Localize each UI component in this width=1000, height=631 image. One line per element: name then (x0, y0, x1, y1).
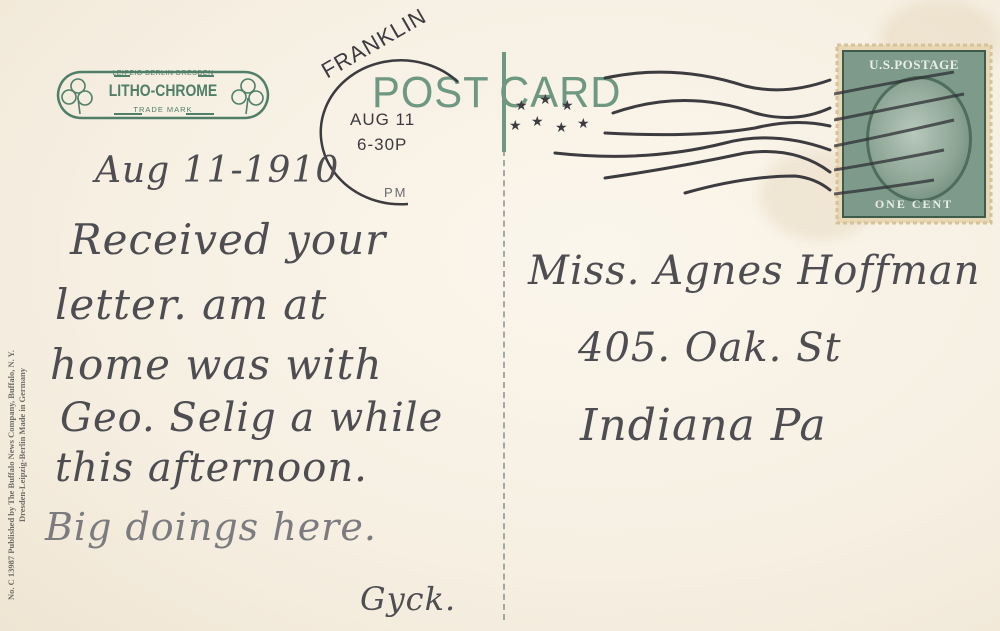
publisher-info: No. C 13987 Published by The Buffalo New… (6, 350, 28, 600)
message-signature: Gyck. (360, 580, 456, 618)
publisher-line-1: No. C 13987 Published by The Buffalo New… (6, 350, 17, 600)
message-line: letter. am at (55, 280, 327, 329)
address-city: Indiana Pa (580, 400, 827, 451)
svg-text:★: ★ (539, 92, 552, 108)
message-line: Received your (70, 215, 386, 264)
logo-brand: LITHO-CHROME (72, 81, 254, 101)
svg-text:★: ★ (515, 98, 528, 114)
logo-trademark: TRADE MARK (52, 105, 274, 114)
address-divider (503, 150, 505, 620)
svg-text:★: ★ (555, 120, 568, 136)
svg-text:★: ★ (509, 118, 522, 134)
postage-stamp: U.S.POSTAGE ONE CENT (834, 42, 994, 226)
message-line: Big doings here. (45, 505, 377, 549)
postmark-ampm: PM (384, 185, 408, 200)
message-line: Geo. Selig a while (60, 395, 443, 441)
publisher-line-2: Dresden-Leipzig-Berlin Made in Germany (17, 350, 28, 522)
message-line: this afternoon. (55, 445, 368, 491)
svg-text:★: ★ (577, 116, 590, 132)
message-date: Aug 11-1910 (95, 150, 339, 191)
address-recipient: Miss. Agnes Hoffman (528, 248, 981, 294)
postcard-back: LEIPZIG BERLIN DRESDEN LITHO-CHROME TRAD… (0, 0, 1000, 631)
logo-cities: LEIPZIG BERLIN DRESDEN (52, 70, 274, 77)
postmark-date: AUG 11 (350, 110, 415, 130)
svg-text:★: ★ (561, 98, 574, 114)
postmark-time: 6-30P (357, 135, 407, 155)
svg-text:★: ★ (531, 114, 544, 130)
address-street: 405. Oak. St (578, 325, 842, 371)
flag-cancel-icon: ★★★ ★★★★ (495, 58, 835, 198)
stamp-cancel-lines (834, 42, 994, 226)
litho-chrome-logo: LEIPZIG BERLIN DRESDEN LITHO-CHROME TRAD… (52, 64, 274, 126)
message-line: home was with (50, 340, 383, 389)
